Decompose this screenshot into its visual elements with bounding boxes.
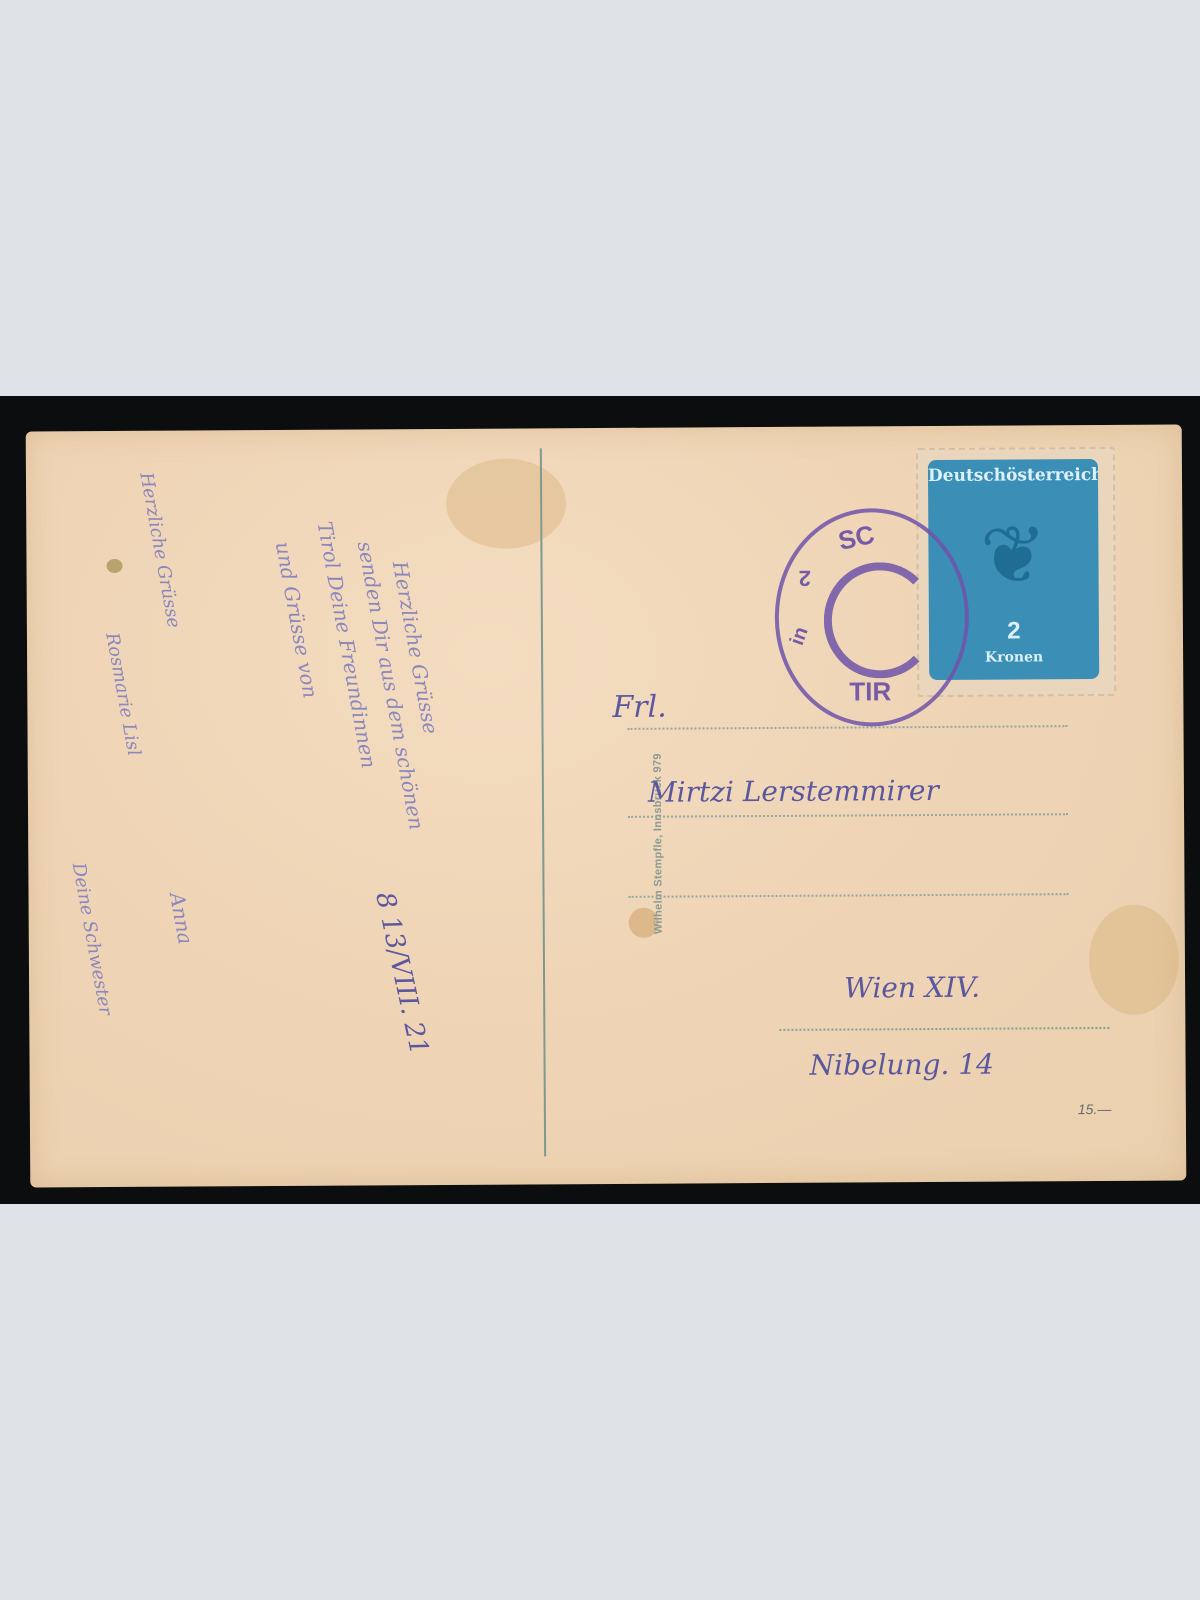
postmark: SC 2 in TIR — [774, 508, 969, 727]
stain — [106, 559, 122, 573]
postmark-prefix: in — [786, 624, 814, 648]
address-line-2 — [628, 813, 1068, 818]
postcard: Wilhelm Stempfle, Innsbruck 979 Deutschö… — [26, 424, 1187, 1187]
message-date: 8 13/VIII. 21 — [369, 889, 434, 1057]
address-street: Nibelung. 14 — [809, 1048, 994, 1082]
center-divider-line — [540, 448, 546, 1156]
address-line-3 — [629, 893, 1069, 898]
address-line-4 — [779, 1027, 1109, 1031]
side-message-line: Deine Schwester — [68, 861, 116, 1017]
stamp-country-text: Deutschösterreich — [928, 465, 1098, 486]
message-line: Anna — [165, 891, 198, 947]
address-line-1 — [628, 725, 1068, 730]
postmark-top-text: SC — [835, 519, 877, 557]
message-line: und Grüsse von — [271, 540, 323, 700]
stain — [1089, 905, 1180, 1016]
eagle-crest-icon: ❦ — [963, 495, 1064, 616]
postmark-number: 2 — [799, 565, 811, 591]
postmark-bottom-text: TIR — [849, 676, 891, 707]
address-city: Wien XIV. — [844, 971, 980, 1005]
address-salutation: Frl. — [612, 690, 667, 725]
side-message-line: Rosmarie Lisl — [101, 631, 144, 758]
postmark-inner-ring — [824, 562, 937, 679]
address-name: Mirtzi Lerstemmirer — [648, 774, 939, 809]
price-mark: 15.— — [1078, 1101, 1112, 1117]
side-message-line: Herzliche Grüsse — [135, 471, 184, 630]
stain — [446, 458, 567, 549]
publisher-imprint: Wilhelm Stempfle, Innsbruck 979 — [651, 694, 665, 994]
